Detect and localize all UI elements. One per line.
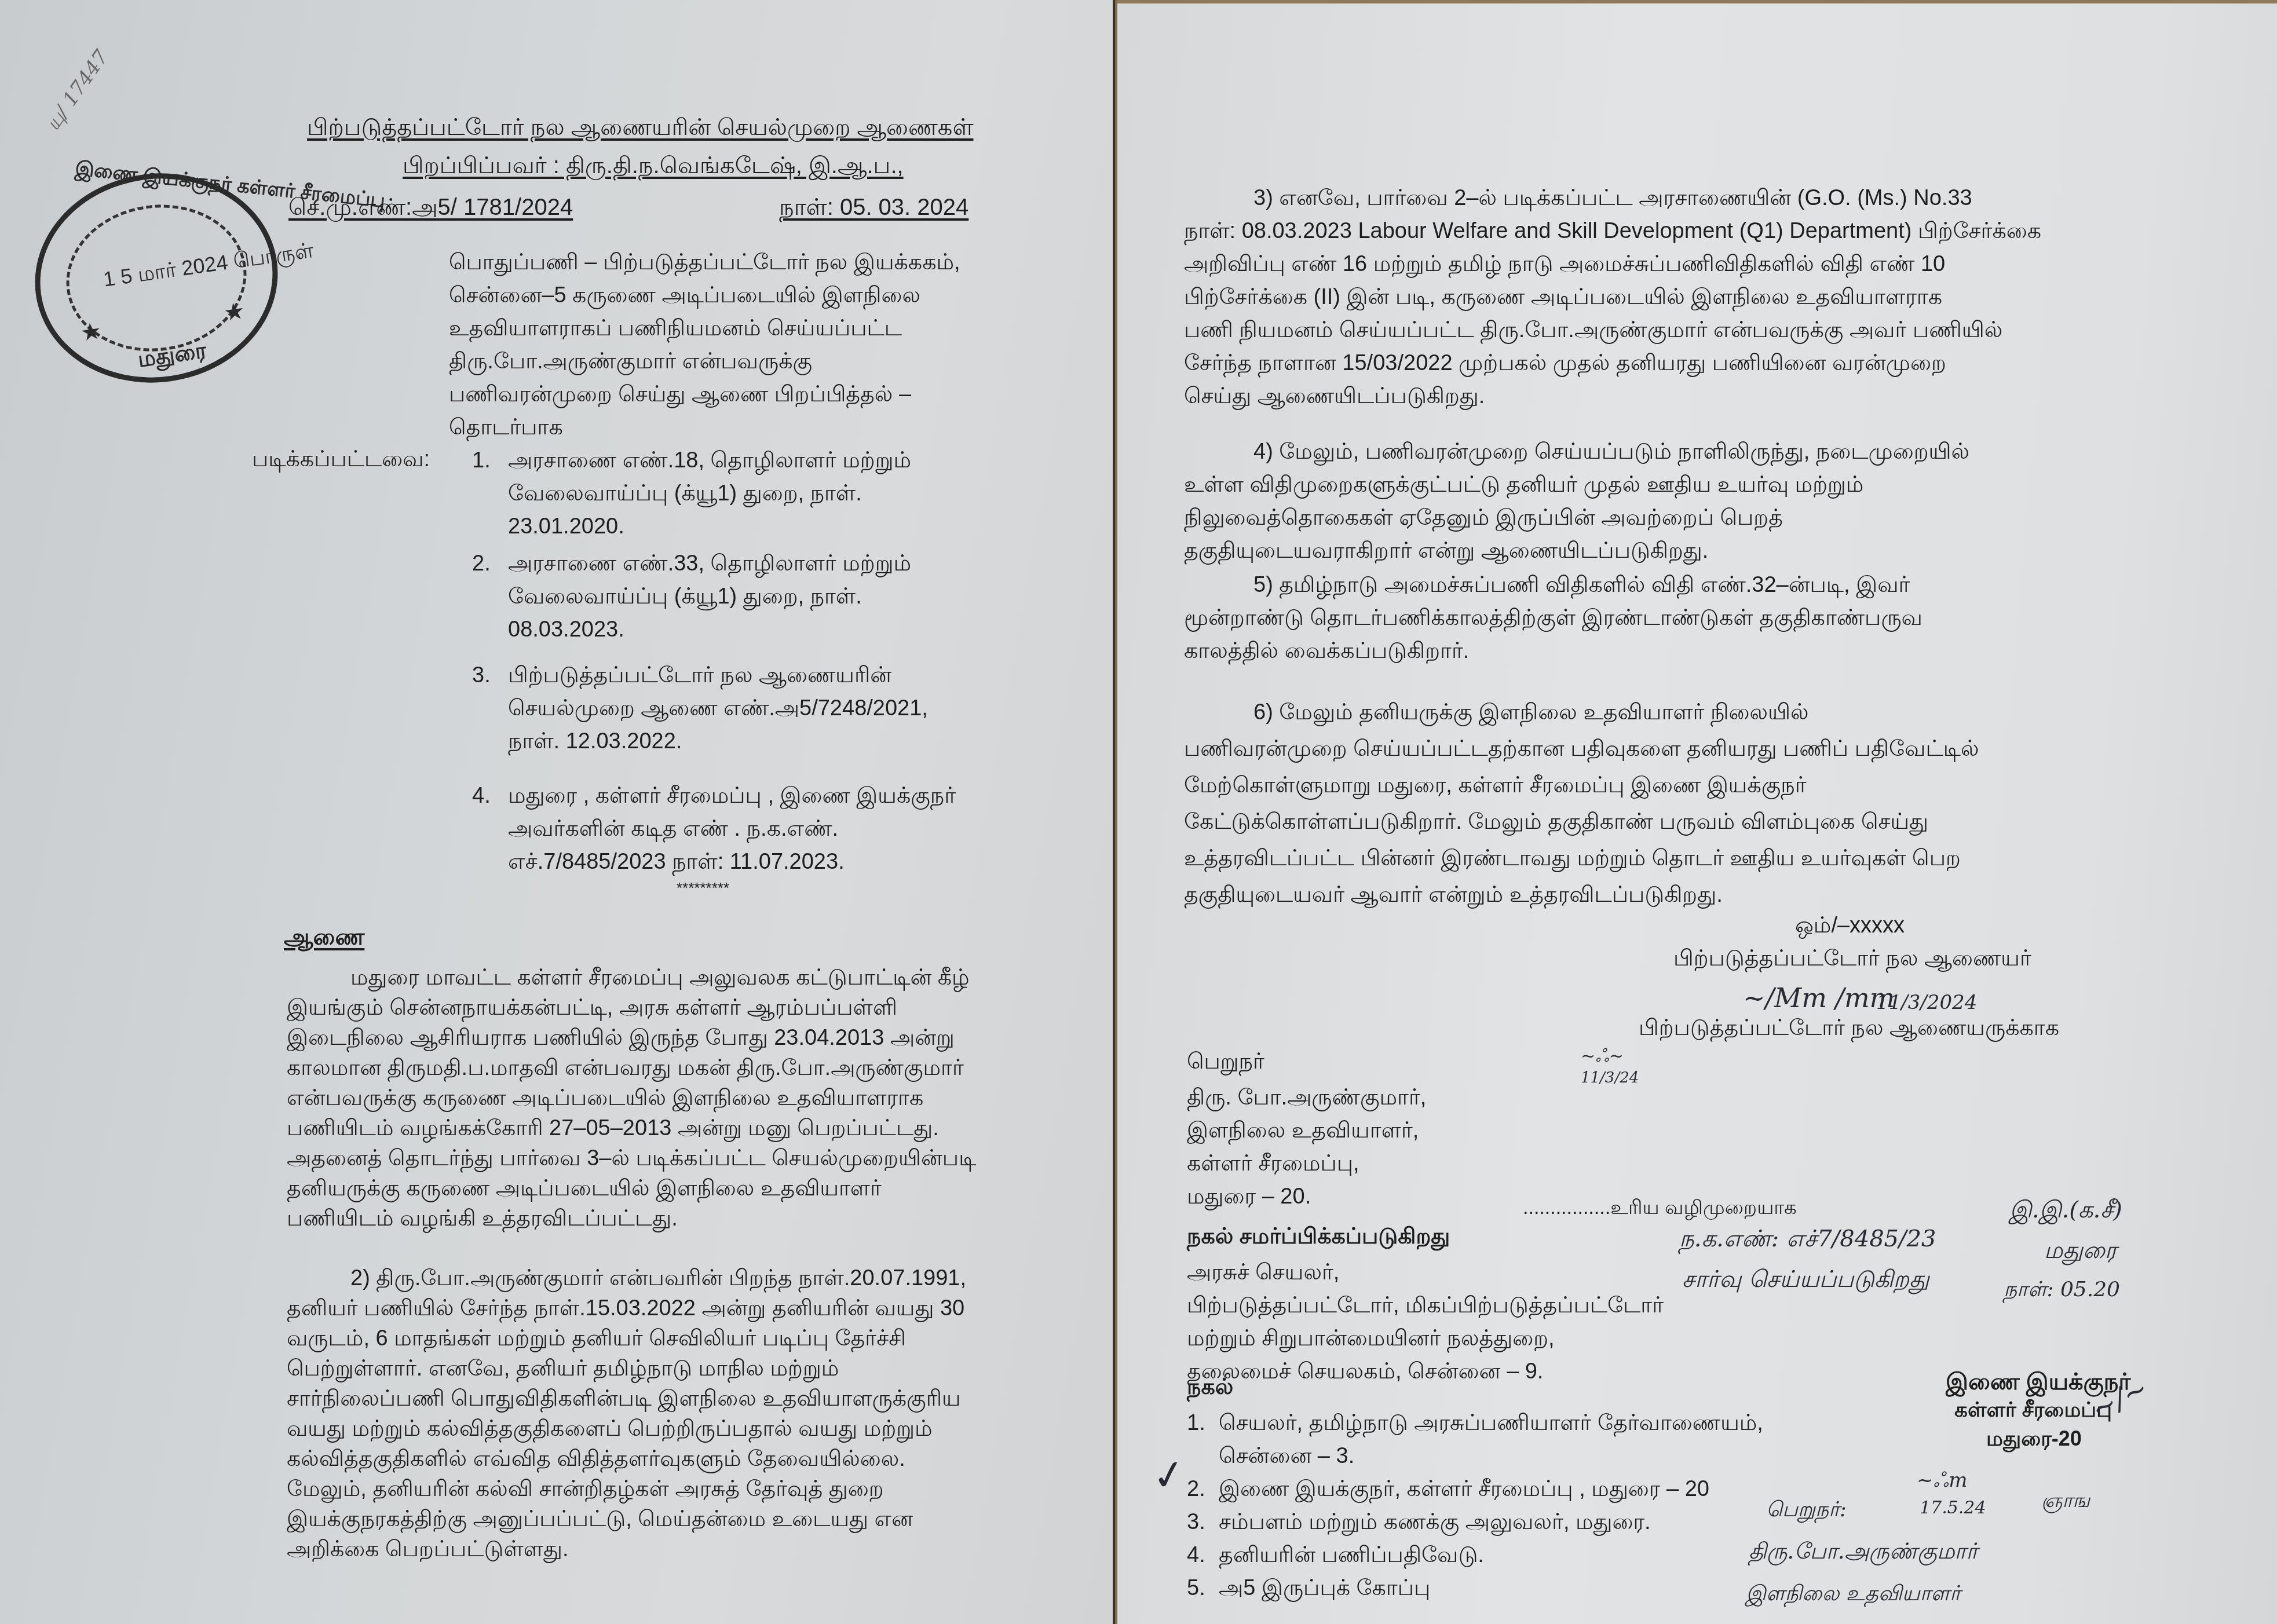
initial-signature: ~ஃ~ <box>1581 1046 1624 1069</box>
address-line: பிற்படுத்தப்பட்டோர், மிகப்பிற்படுத்தப்பட… <box>1187 1293 1664 1321</box>
address-line: திரு. போ.அருண்குமார், <box>1187 1085 1426 1113</box>
copy-to-number: 2. <box>1187 1477 1205 1502</box>
reference-text: எச்.7/8485/2023 நாள்: 11.07.2023. <box>508 850 845 877</box>
issuer-line: பிறப்பிப்பவர் : திரு.தி.ந.வெங்கடேஷ், இ.ஆ… <box>403 154 904 177</box>
right-page: 3) எனவே, பார்வை 2–ல் படிக்கப்பட்ட அரசாணை… <box>1117 0 2277 1624</box>
stamp-line: மதுரை-20 <box>1986 1428 2082 1449</box>
reference-number: 2. <box>472 551 491 576</box>
signed-marker: ஒம்/–xxxxx <box>1795 915 1905 937</box>
receiver-label: பெறுநர்: <box>1766 1498 1847 1524</box>
paragraph-line: உத்தரவிடப்பட்ட பின்னர் இரண்டாவது மற்றும்… <box>1184 846 1961 874</box>
subject-line: திரு.போ.அருண்குமார் என்பவருக்கு <box>449 349 812 377</box>
document-date: நாள்: 05. 03. 2024 <box>779 196 968 219</box>
copy-to-number: 4. <box>1187 1543 1205 1568</box>
left-page: யு/ 17447 இணை இயக்குநர் கள்ளர் சீரமைப்பு… <box>0 0 1115 1624</box>
paragraph-line: என்பவருக்கு கருணை அடிப்படையில் இளநிலை உத… <box>287 1086 923 1114</box>
paragraph-line: 6) மேலும் தனியருக்கு இளநிலை உதவியாளர் நி… <box>1253 700 1809 728</box>
copy-to-item: சம்பளம் மற்றும் கணக்கு அலுவலர், மதுரை. <box>1219 1510 1651 1538</box>
copy-to-item: இணை இயக்குநர், கள்ளர் சீரமைப்பு , மதுரை … <box>1219 1477 1709 1505</box>
paragraph-line: பணிவரன்முறை செய்யப்பட்டதற்கான பதிவுகளை த… <box>1184 737 1979 765</box>
address-line: மற்றும் சிறுபான்மையினர் நலத்துறை, <box>1187 1326 1555 1354</box>
address-line: அரசுச் செயலர், <box>1187 1260 1339 1288</box>
handwritten-date: நாள்: 05.20 <box>2004 1278 2120 1304</box>
paragraph-line: 2) திரு.போ.அருண்குமார் என்பவரின் பிறந்த … <box>350 1266 966 1294</box>
paragraph-line: அதனைத் தொடர்ந்து பார்வை 3–ல் படிக்கப்பட்… <box>287 1146 976 1174</box>
copy-to-number: 3. <box>1187 1510 1205 1535</box>
handwritten-office: இ.இ.(க.சீ) <box>2009 1197 2122 1226</box>
receiver-designation: இளநிலை உதவியாளர் <box>1746 1582 1961 1608</box>
paragraph-line: வருடம், 6 மாதங்கள் மற்றும் தனியர் செவிலி… <box>287 1326 906 1354</box>
paragraph-line: மூன்றாண்டு தொடர்பணிக்காலத்திற்குள் இரண்ட… <box>1184 606 1923 634</box>
separator: ********* <box>677 880 729 895</box>
receiver-date: 17.5.24 <box>1920 1498 1986 1518</box>
handwritten-served-note: சார்வு செய்யப்படுகிறது <box>1682 1266 1929 1296</box>
paragraph-line: கேட்டுக்கொள்ளப்படுகிறார். மேலும் தகுதிகா… <box>1184 810 1928 837</box>
paragraph-line: நாள்: 08.03.2023 Labour Welfare and Skil… <box>1184 219 2041 247</box>
paragraph-line: இயக்குநரகத்திற்கு அனுப்பப்பட்டு, மெய்தன்… <box>287 1507 913 1535</box>
paragraph-line: கல்வித்தகுதிகளில் எவ்வித விதித்தளர்வுகளு… <box>287 1447 905 1475</box>
paragraph-line: மேற்கொள்ளுமாறு மதுரை, கள்ளர் சீரமைப்பு இ… <box>1184 773 1807 801</box>
reference-number: 4. <box>472 784 491 809</box>
paragraph-line: பணி நியமனம் செய்யப்பட்ட திரு.போ.அருண்கும… <box>1184 318 2002 346</box>
paragraph-line: அறிவிப்பு எண் 16 மற்றும் தமிழ் நாடு அமைச… <box>1184 252 1945 280</box>
order-heading: ஆணை <box>284 926 364 949</box>
copy-to-number: 5. <box>1187 1576 1205 1601</box>
reference-text: 08.03.2023. <box>508 617 624 642</box>
reference-text: வேலைவாய்ப்பு (க்யூ1) துறை, நாள். <box>508 584 862 612</box>
receiver-initial: ஞாங <box>2041 1489 2090 1515</box>
star-icon: ★ <box>222 298 247 327</box>
subject-line: பொதுப்பணி – பிற்படுத்தப்பட்டோர் நல இயக்க… <box>449 250 960 278</box>
reference-text: செயல்முறை ஆணை எண்.அ5/7248/2021, <box>508 696 928 724</box>
handwritten-place: மதுரை <box>2044 1237 2117 1267</box>
receiver-signature: ~ஃm <box>1917 1469 1967 1494</box>
reference-text: அரசாணை எண்.33, தொழிலாளர் மற்றும் <box>508 551 911 579</box>
document-title: பிற்படுத்தப்பட்டோர் நல ஆணையரின் செயல்முற… <box>307 116 974 139</box>
reference-text: அரசாணை எண்.18, தொழிலாளர் மற்றும் <box>508 448 911 476</box>
subject-line: உதவியாளராகப் பணிநியமனம் செய்யப்பட்ட <box>449 316 902 344</box>
paragraph-line: வயது மற்றும் கல்வித்தகுதிகளைப் பெற்றிருப… <box>287 1417 933 1444</box>
paragraph-line: தனியர் பணியில் சேர்ந்த நாள்.15.03.2022 அ… <box>287 1296 964 1324</box>
address-line: மதுரை – 20. <box>1187 1184 1311 1212</box>
office-seal-stamp: இணை இயக்குநர் கள்ளர் சீரமைப்பு 1 5 மார் … <box>21 158 291 398</box>
paragraph-line: காலமான திருமதி.ப.மாதவி என்பவரது மகன் திர… <box>287 1056 964 1084</box>
reference-text: நாள். 12.03.2022. <box>508 729 682 757</box>
paragraph-line: பெற்றுள்ளார். எனவே, தனியர் தமிழ்நாடு மாந… <box>287 1356 839 1384</box>
reference-number: 3. <box>472 663 491 688</box>
address-line: இளநிலை உதவியாளர், <box>1187 1118 1419 1146</box>
commissioner-signature: ~/Mm /mm <box>1743 982 1895 1014</box>
copy-to-item: அ5 இருப்புக் கோப்பு <box>1219 1576 1430 1604</box>
paragraph-line: இடைநிலை ஆசிரியராக பணியில் இருந்த போது 23… <box>287 1026 955 1054</box>
copy-to-item: செயலர், தமிழ்நாடு அரசுப்பணியாளர் தேர்வாண… <box>1219 1411 1763 1439</box>
copy-to-number: 1. <box>1187 1411 1205 1436</box>
reference-number: 1. <box>472 448 491 473</box>
star-icon: ★ <box>79 317 103 347</box>
signature-date: 11/3/2024 <box>1876 991 1977 1014</box>
paragraph-line: காலத்தில் வைக்கப்படுகிறார். <box>1184 639 1469 667</box>
paragraph-line: தகுதியுடையவர் ஆவார் என்றும் உத்தரவிடப்பட… <box>1184 883 1723 910</box>
references-label: படிக்கப்பட்டவை: <box>252 448 430 470</box>
proper-channel-note: ................உரிய வழிமுறையாக <box>1523 1198 1797 1217</box>
copy-submitted-label: நகல் சமர்ப்பிக்கப்படுகிறது <box>1187 1226 1450 1248</box>
copy-to-label: நகல் <box>1187 1376 1233 1398</box>
reference-text: பிற்படுத்தப்பட்டோர் நல ஆணையரின் <box>508 663 891 691</box>
paragraph-line: நிலுவைத்தொகைகள் ஏதேனும் இருப்பின் அவற்றை… <box>1184 506 1783 533</box>
subject-line: பணிவரன்முறை செய்து ஆணை பிறப்பித்தல் – <box>449 382 911 410</box>
paragraph-line: செய்து ஆணையிடப்படுகிறது. <box>1184 384 1485 412</box>
reference-text: வேலைவாய்ப்பு (க்யூ1) துறை, நாள். <box>508 481 862 509</box>
reference-number: செ.மு.எண்:அ5/ 1781/2024 <box>288 196 573 219</box>
paragraph-line: 3) எனவே, பார்வை 2–ல் படிக்கப்பட்ட அரசாணை… <box>1253 186 1972 214</box>
checkmark-icon: ✓ <box>1148 1449 1190 1502</box>
for-designation: பிற்படுத்தப்பட்டோர் நல ஆணையருக்காக <box>1639 1017 2059 1039</box>
paragraph-line: உள்ள விதிமுறைகளுக்குட்பட்டு தனியர் முதல்… <box>1184 473 1863 500</box>
paragraph-line: 4) மேலும், பணிவரன்முறை செய்யப்படும் நாளி… <box>1253 440 1969 467</box>
subject-line: தொடர்பாக <box>449 415 563 443</box>
recipient-label: பெறுநர் <box>1187 1051 1264 1073</box>
paragraph-line: சேர்ந்த நாளான 15/03/2022 முற்பகல் முதல் … <box>1184 351 1946 379</box>
address-line: கள்ளர் சீரமைப்பு, <box>1187 1151 1359 1179</box>
reference-text: 23.01.2020. <box>508 514 624 539</box>
paragraph-line: தனியருக்கு கருணை அடிப்படையில் இளநிலை உதவ… <box>287 1176 882 1204</box>
paragraph-line: பணியிடம் வழங்கக்கோரி 27–05–2013 அன்று மன… <box>287 1116 939 1144</box>
paragraph-line: தகுதியுடையவராகிறார் என்று ஆணையிடப்படுகிற… <box>1184 539 1708 566</box>
reference-text: அவர்களின் கடித எண் . ந.க.எண். <box>508 817 838 844</box>
paragraph-line: மேலும், தனியரின் கல்வி சான்றிதழ்கள் அரசு… <box>287 1477 884 1505</box>
copy-to-item: தனியரின் பணிப்பதிவேடு. <box>1219 1543 1484 1571</box>
subject-line: சென்னை–5 கருணை அடிப்படையில் இளநிலை <box>449 283 920 311</box>
signatory-designation: பிற்படுத்தப்பட்டோர் நல ஆணையர் <box>1673 948 2031 970</box>
address-line: தலைமைச் செயலகம், சென்னை – 9. <box>1187 1359 1543 1387</box>
paragraph-line: 5) தமிழ்நாடு அமைச்சுப்பணி விதிகளில் விதி… <box>1253 573 1910 601</box>
receiver-name: திரு.போ.அருண்குமார் <box>1749 1538 1978 1567</box>
paragraph-line: சார்நிலைப்பணி பொதுவிதிகளின்படி இளநிலை உத… <box>287 1387 961 1414</box>
margin-scribble: யு/ 17447 <box>41 46 115 136</box>
paragraph-line: அறிக்கை பெறப்பட்டுள்ளது. <box>287 1537 569 1565</box>
paragraph-line: பிற்சேர்க்கை (II) இன் படி, கருணை அடிப்பட… <box>1184 285 1942 313</box>
paragraph-line: பணியிடம் வழங்கி உத்தரவிடப்பட்டது. <box>287 1206 678 1234</box>
stamp-line: கள்ளர் சீரமைப்பு <box>1954 1399 2112 1420</box>
paragraph-line: மதுரை மாவட்ட கள்ளர் சீரமைப்பு அலுவலக கட்… <box>350 965 970 993</box>
handwritten-ref-number: ந.க.எண்: எச்7/8485/23 <box>1679 1226 1936 1255</box>
paragraph-line: இயங்கும் சென்னநாயக்கன்பட்டி, அரசு கள்ளர்… <box>287 996 897 1023</box>
initial-date: 11/3/24 <box>1581 1069 1639 1087</box>
reference-text: மதுரை , கள்ளர் சீரமைப்பு , இணை இயக்குநர் <box>508 784 956 811</box>
copy-to-item-continued: சென்னை – 3. <box>1219 1444 1354 1472</box>
